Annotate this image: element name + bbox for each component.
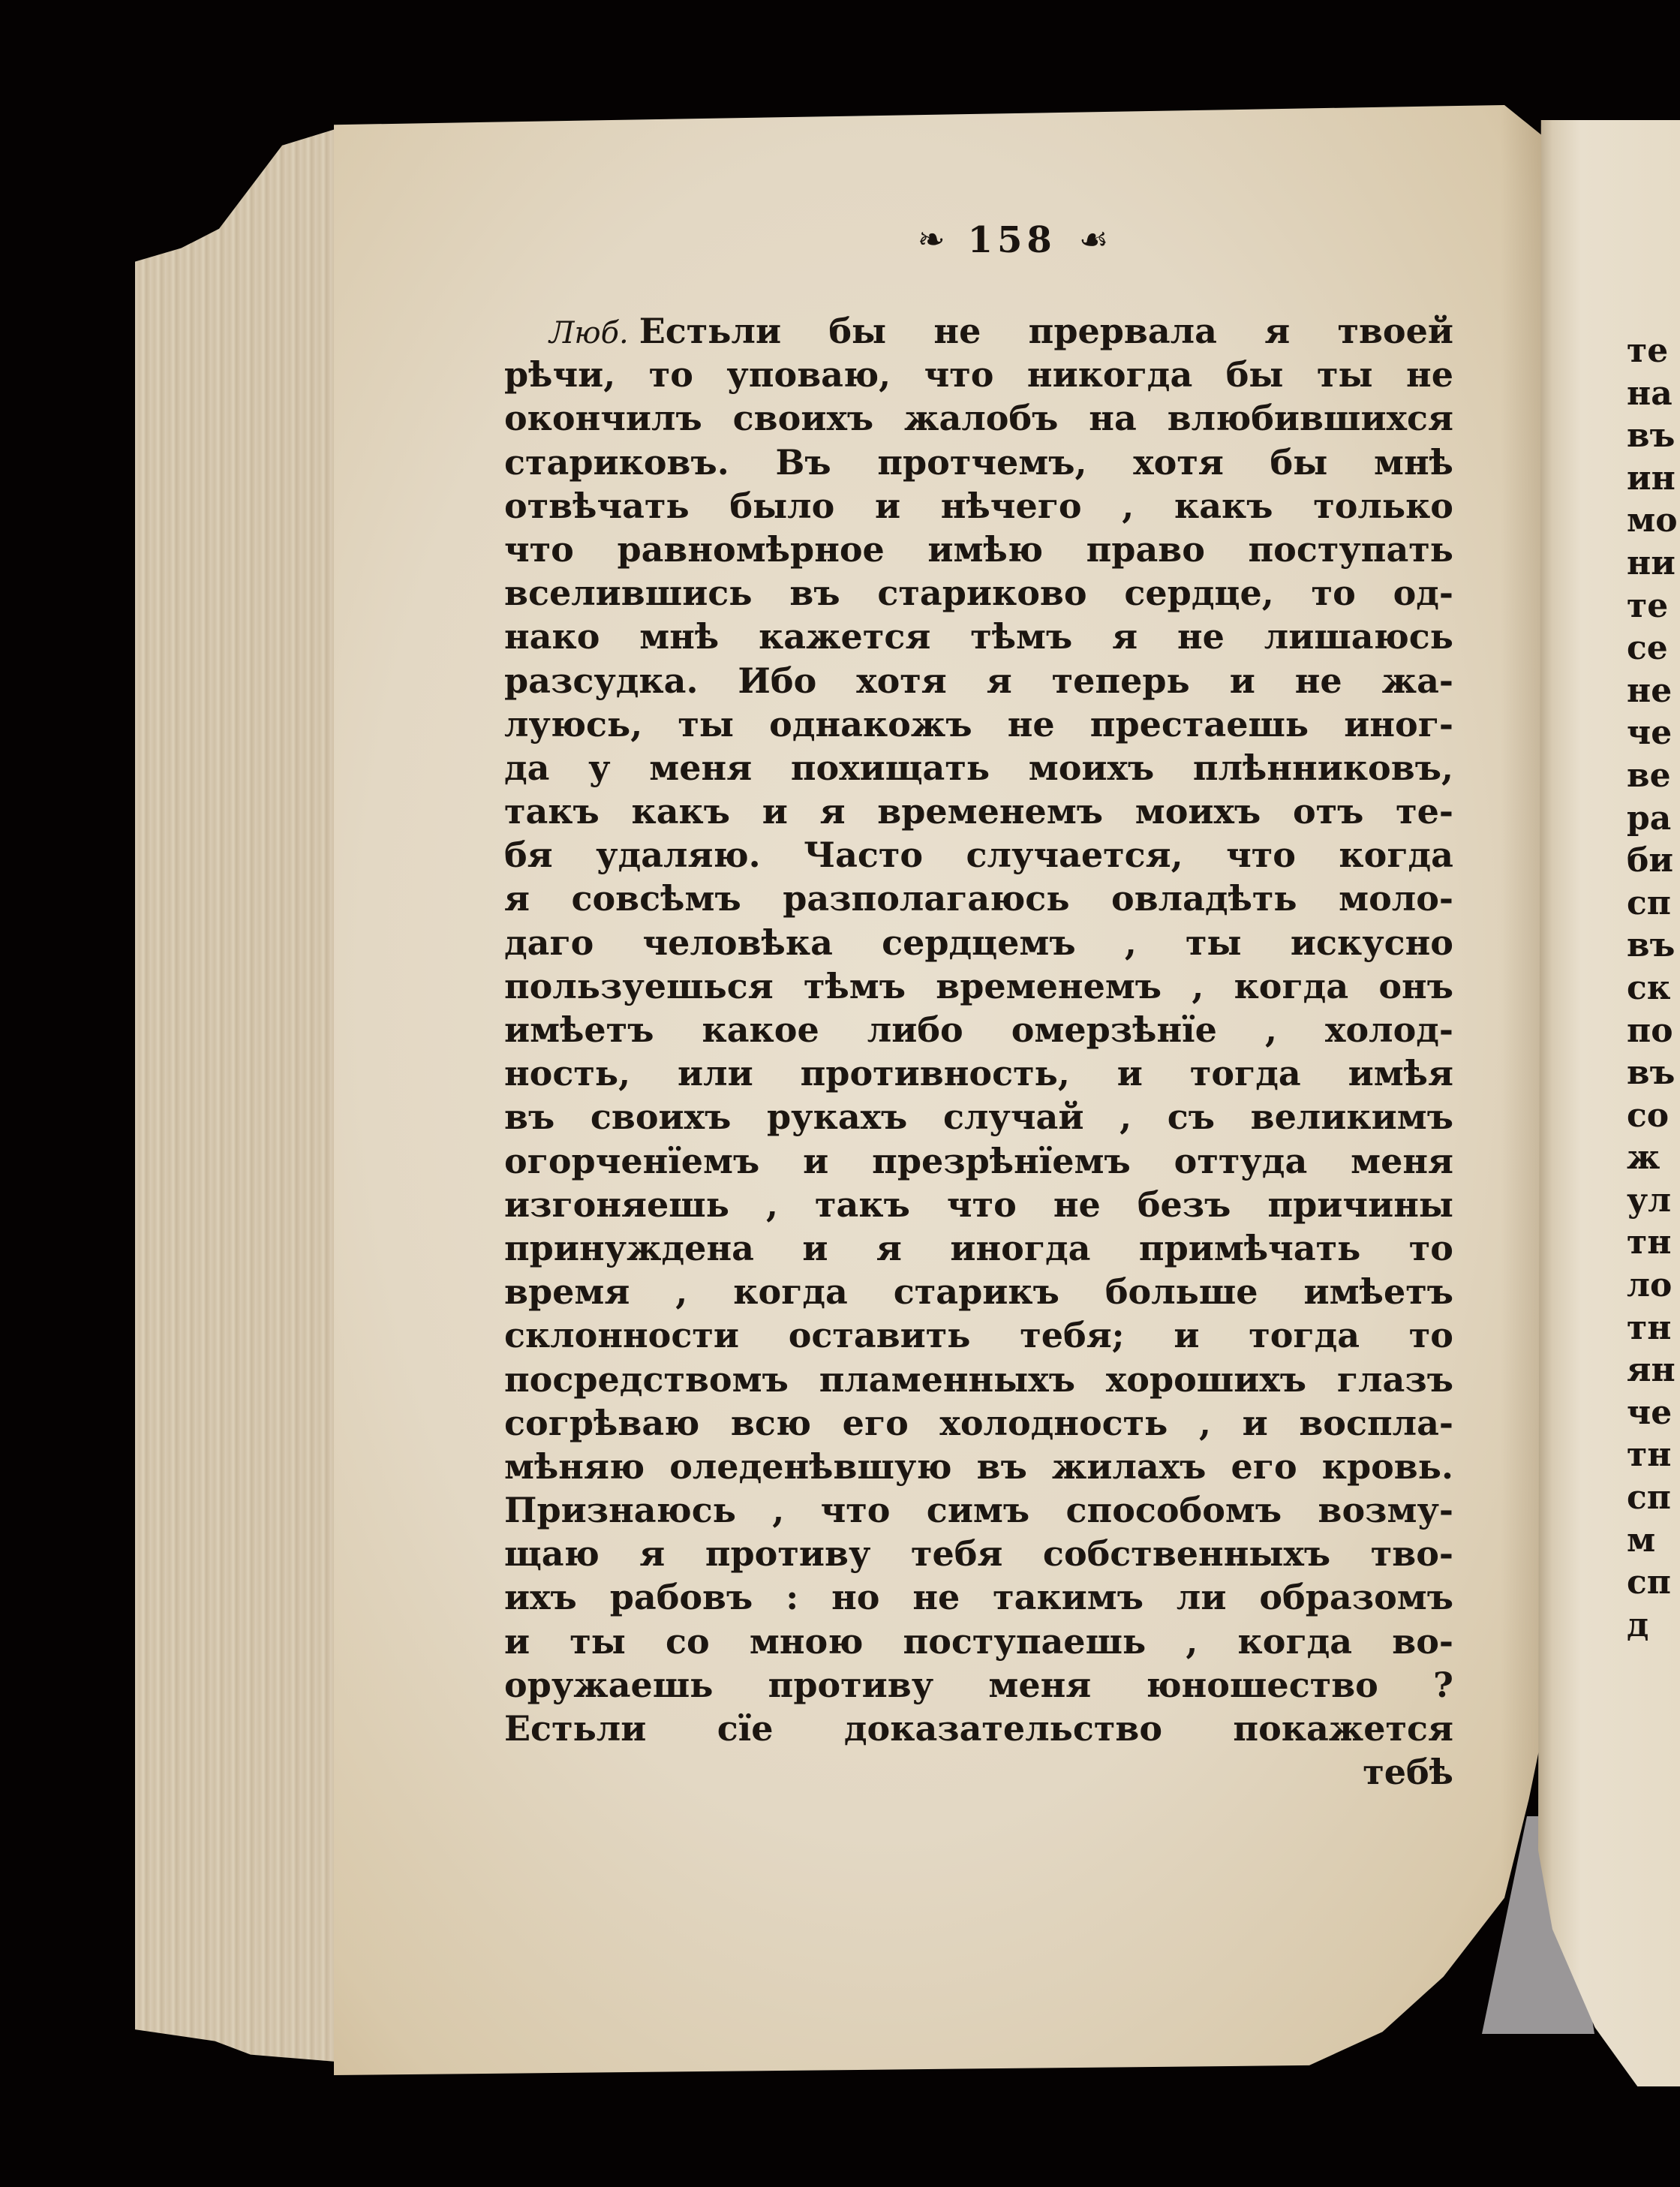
text-line: отвѣчать было и нѣчего , какъ только <box>504 484 1453 528</box>
text-line: такъ какъ и я временемъ моихъ отъ те- <box>504 790 1453 833</box>
text-line: принуждена и я иногда примѣчать то <box>504 1226 1453 1270</box>
fragment-line: со <box>1627 1095 1680 1138</box>
fragment-line: м <box>1627 1520 1680 1563</box>
fragment-line: д <box>1627 1605 1680 1647</box>
text-line: пользуешься тѣмъ временемъ , когда онъ <box>504 964 1453 1008</box>
fragment-line: ян <box>1627 1349 1680 1392</box>
fragment-line: ж <box>1627 1137 1680 1180</box>
body-text: Люб.Естьли бы не прервала я твоей рѣчи, … <box>504 309 1453 1794</box>
text-line: посредствомъ пламенныхъ хорошихъ глазъ <box>504 1358 1453 1401</box>
fragment-line: ск <box>1627 967 1680 1010</box>
fragment-line: ве <box>1627 755 1680 798</box>
text-line: разсудка. Ибо хотя я теперь и не жа- <box>504 659 1453 702</box>
text-line: я совсѣмъ разполагаюсь овладѣть моло- <box>504 877 1453 920</box>
text-line: что равномѣрное имѣю право поступать <box>504 528 1453 571</box>
text-line: окончилъ своихъ жалобъ на влюбившихся <box>504 396 1453 440</box>
text-line: даго человѣка сердцемъ , ты искусно <box>504 921 1453 964</box>
fragment-line: би <box>1627 840 1680 883</box>
text-line: да у меня похищать моихъ плѣнниковъ, <box>504 746 1453 790</box>
text-line: мѣняю оледенѣвшую въ жилахъ его кровь. <box>504 1445 1453 1488</box>
fragment-line: тн <box>1627 1222 1680 1265</box>
text-line: вселившись въ стариково сердце, то од- <box>504 571 1453 615</box>
text-line: и ты со мною поступаешь , когда во- <box>504 1620 1453 1663</box>
fragment-line: че <box>1627 1392 1680 1435</box>
text-line: имѣетъ какое либо омерзѣнїе , холод- <box>504 1008 1453 1051</box>
running-head: ❧ 158 ☙ <box>870 218 1156 263</box>
fragment-line: на <box>1627 373 1680 416</box>
text-line: согрѣваю всю его холодность , и воспла- <box>504 1401 1453 1445</box>
text-line: рѣчи, то уповаю, что никогда бы ты не <box>504 353 1453 396</box>
fragment-line: сп <box>1627 1477 1680 1520</box>
fragment-line: тн <box>1627 1307 1680 1350</box>
fragment-line: въ <box>1627 925 1680 967</box>
text-line: стариковъ. Въ протчемъ, хотя бы мнѣ <box>504 441 1453 484</box>
fragment-line: ни <box>1627 543 1680 585</box>
text-line: щаю я противу тебя собственныхъ тво- <box>504 1532 1453 1575</box>
text-line: огорченїемъ и презрѣнїемъ оттуда меня <box>504 1139 1453 1183</box>
fragment-line: въ <box>1627 1052 1680 1095</box>
text-line: ихъ рабовъ : но не такимъ ли образомъ <box>504 1575 1453 1619</box>
fragment-line: по <box>1627 1010 1680 1053</box>
text-line: луюсь, ты однакожъ не престаешь иног- <box>504 702 1453 746</box>
text-line: Признаюсь , что симъ способомъ возму- <box>504 1488 1453 1532</box>
text-line: въ своихъ рукахъ случай , съ великимъ <box>504 1095 1453 1139</box>
fragment-line: ра <box>1627 798 1680 841</box>
text-line: изгоняешь , такъ что не безъ причины <box>504 1183 1453 1226</box>
page-number: 158 <box>968 219 1056 261</box>
speaker-label: Люб. <box>549 316 629 350</box>
text-line: Люб.Естьли бы не прервала я твоей <box>504 309 1453 353</box>
fragment-line: ул <box>1627 1180 1680 1223</box>
fragment-line: тн <box>1627 1434 1680 1477</box>
fragment-line: се <box>1627 627 1680 670</box>
book-fore-edge <box>135 126 345 2062</box>
facing-page-text: те на въ ин мо ни те се не че ве ра би с… <box>1627 330 1680 1647</box>
text-line: бя удаляю. Часто случается, что когда <box>504 833 1453 877</box>
fragment-line: че <box>1627 712 1680 755</box>
fragment-line: сп <box>1627 1562 1680 1605</box>
fragment-line: сп <box>1627 883 1680 925</box>
fragment-line: ин <box>1627 458 1680 501</box>
fragment-line: те <box>1627 585 1680 628</box>
fragment-line: те <box>1627 330 1680 373</box>
catchword: тебѣ <box>504 1750 1453 1794</box>
fragment-line: ло <box>1627 1265 1680 1307</box>
text-line: Естьли сїе доказательство покажется <box>504 1707 1453 1750</box>
ornament-left-icon: ❧ <box>918 224 945 257</box>
text-line: склонности оставить тебя; и тогда то <box>504 1313 1453 1357</box>
text-line: ность, или противность, и тогда имѣя <box>504 1051 1453 1095</box>
fragment-line: мо <box>1627 500 1680 543</box>
text-line: время , когда старикъ больше имѣетъ <box>504 1270 1453 1313</box>
text-line: нако мнѣ кажется тѣмъ я не лишаюсь <box>504 615 1453 658</box>
fragment-line: не <box>1627 670 1680 713</box>
fragment-line: въ <box>1627 415 1680 458</box>
ornament-right-icon: ☙ <box>1079 224 1108 257</box>
text-line: оружаешь противу меня юношество ? <box>504 1663 1453 1707</box>
